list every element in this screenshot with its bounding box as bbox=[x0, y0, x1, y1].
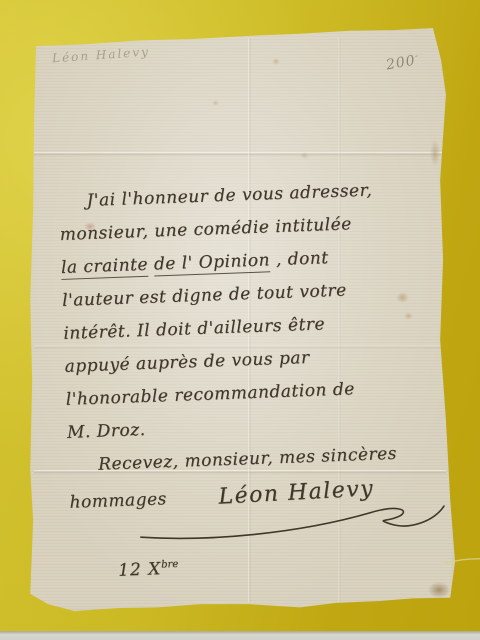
fold-crease-top bbox=[34, 152, 447, 156]
date-day: 12 bbox=[118, 560, 142, 581]
foxing-stain bbox=[300, 152, 309, 159]
pencil-price-mark: - bbox=[414, 51, 420, 62]
photo-background: Léon Halevy 200- J'ai l'honneur de vous … bbox=[0, 0, 480, 640]
foxing-stain bbox=[212, 100, 219, 106]
pencil-annotation-price: 200- bbox=[385, 51, 421, 73]
foxing-stain bbox=[430, 140, 440, 166]
date-line: 12 Xbre bbox=[117, 538, 434, 587]
underlined-title-part1: la crainte bbox=[61, 255, 149, 280]
foxing-stain bbox=[428, 582, 450, 598]
letter-line: hommages bbox=[69, 483, 167, 520]
letter-paper: Léon Halevy 200- J'ai l'honneur de vous … bbox=[0, 0, 480, 640]
foxing-stain bbox=[272, 58, 280, 65]
pencil-price-value: 200 bbox=[385, 53, 417, 74]
underlined-title-part2: de l' Opinion bbox=[154, 250, 271, 276]
stray-fiber bbox=[444, 556, 480, 566]
letter-body: J'ai l'honneur de vous adresser, monsieu… bbox=[58, 173, 435, 590]
date-month-suffix: bre bbox=[161, 559, 179, 571]
date-month: X bbox=[148, 559, 162, 579]
letter-line-title-tail: , dont bbox=[270, 248, 329, 270]
pencil-annotation-name: Léon Halevy bbox=[52, 45, 151, 66]
table-edge bbox=[0, 631, 480, 640]
